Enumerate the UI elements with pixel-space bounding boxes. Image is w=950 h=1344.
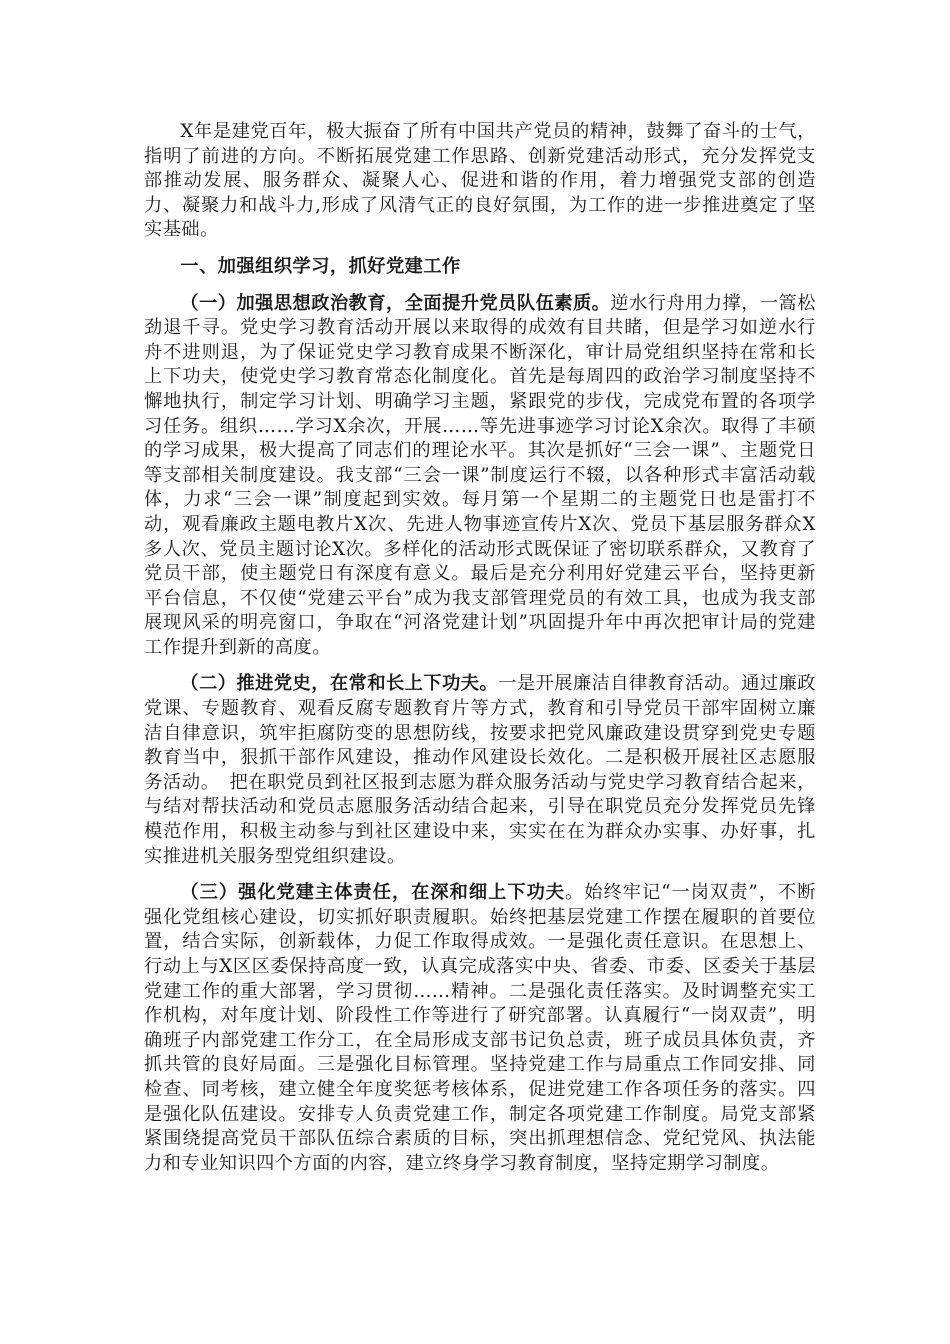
intro-paragraph: X年是建党百年，极大振奋了所有中国共产党员的精神，鼓舞了奋斗的士气，指明了前进的… bbox=[144, 120, 816, 243]
subsection-paragraph-3: （三）强化党建主体责任，在深和细上下功夫。始终牢记“一岗双责”，不断强化党组核心… bbox=[144, 881, 816, 1176]
subsection-lead-1: （一）加强思想政治教育，全面提升党员队伍素质。 bbox=[180, 293, 610, 314]
subsection-body-2: 一是开展廉洁自律教育活动。通过廉政党课、专题教育、观看反腐专题教育片等方式，教育… bbox=[144, 673, 816, 866]
subsection-lead-2: （二）推进党史，在常和长上下功夫。 bbox=[180, 673, 498, 694]
subsection-body-1: 逆水行舟用力撑，一篙松劲退千寻。党史学习教育活动开展以来取得的成效有目共睹，但是… bbox=[144, 293, 816, 658]
subsection-body-3: 。始终牢记“一岗双责”，不断强化党组核心建设，切实抓好职责履职。始终把基层党建工… bbox=[144, 882, 816, 1174]
section-heading: 一、加强组织学习，抓好党建工作 bbox=[144, 255, 816, 280]
document-page: X年是建党百年，极大振奋了所有中国共产党员的精神，鼓舞了奋斗的士气，指明了前进的… bbox=[144, 120, 816, 1188]
subsection-lead-3: （三）强化党建主体责任，在深和细上下功夫 bbox=[180, 882, 565, 903]
subsection-paragraph-2: （二）推进党史，在常和长上下功夫。一是开展廉洁自律教育活动。通过廉政党课、专题教… bbox=[144, 672, 816, 869]
subsection-paragraph-1: （一）加强思想政治教育，全面提升党员队伍素质。逆水行舟用力撑，一篙松劲退千寻。党… bbox=[144, 292, 816, 661]
